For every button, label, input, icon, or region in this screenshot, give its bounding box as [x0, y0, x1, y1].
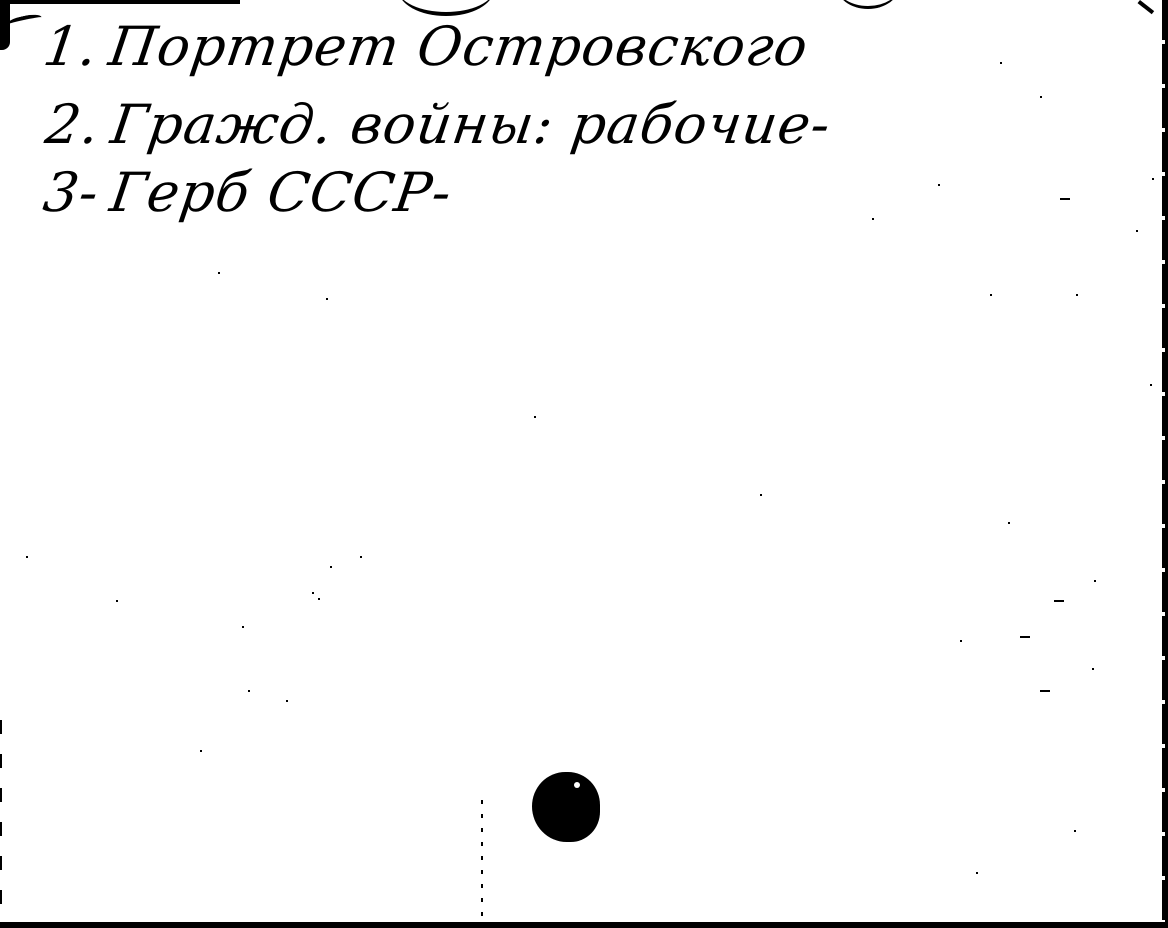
fold-line: [481, 800, 483, 920]
entry-2: 2.Гражд. войны: рабочие-: [42, 98, 834, 152]
scan-edge-right-texture: [1162, 0, 1165, 928]
scan-edge-bottom: [0, 922, 1168, 928]
entry-text: Портрет Островского: [105, 15, 812, 78]
entry-1: 1.Портрет Островского: [40, 20, 811, 74]
ink-blot-highlight: [574, 782, 580, 788]
entry-3: 3-Герб СССР-: [40, 166, 455, 220]
entry-text: Герб СССР-: [106, 161, 456, 224]
ink-blot: [532, 772, 600, 842]
entry-number: 3-: [40, 161, 103, 224]
scan-edge-top: [0, 0, 240, 4]
top-arc-mark-right: [836, 0, 900, 9]
entry-number: 2.: [42, 93, 104, 156]
index-card: 1.Портрет Островского 2.Гражд. войны: ра…: [0, 0, 1168, 928]
corner-curl-mark: [5, 12, 42, 29]
entry-number: 1.: [40, 15, 102, 78]
entry-text: Гражд. войны: рабочие-: [107, 93, 835, 156]
top-right-stroke-mark: [1138, 0, 1155, 14]
top-arc-mark: [398, 0, 494, 16]
scan-edge-left-marks: [0, 720, 2, 920]
